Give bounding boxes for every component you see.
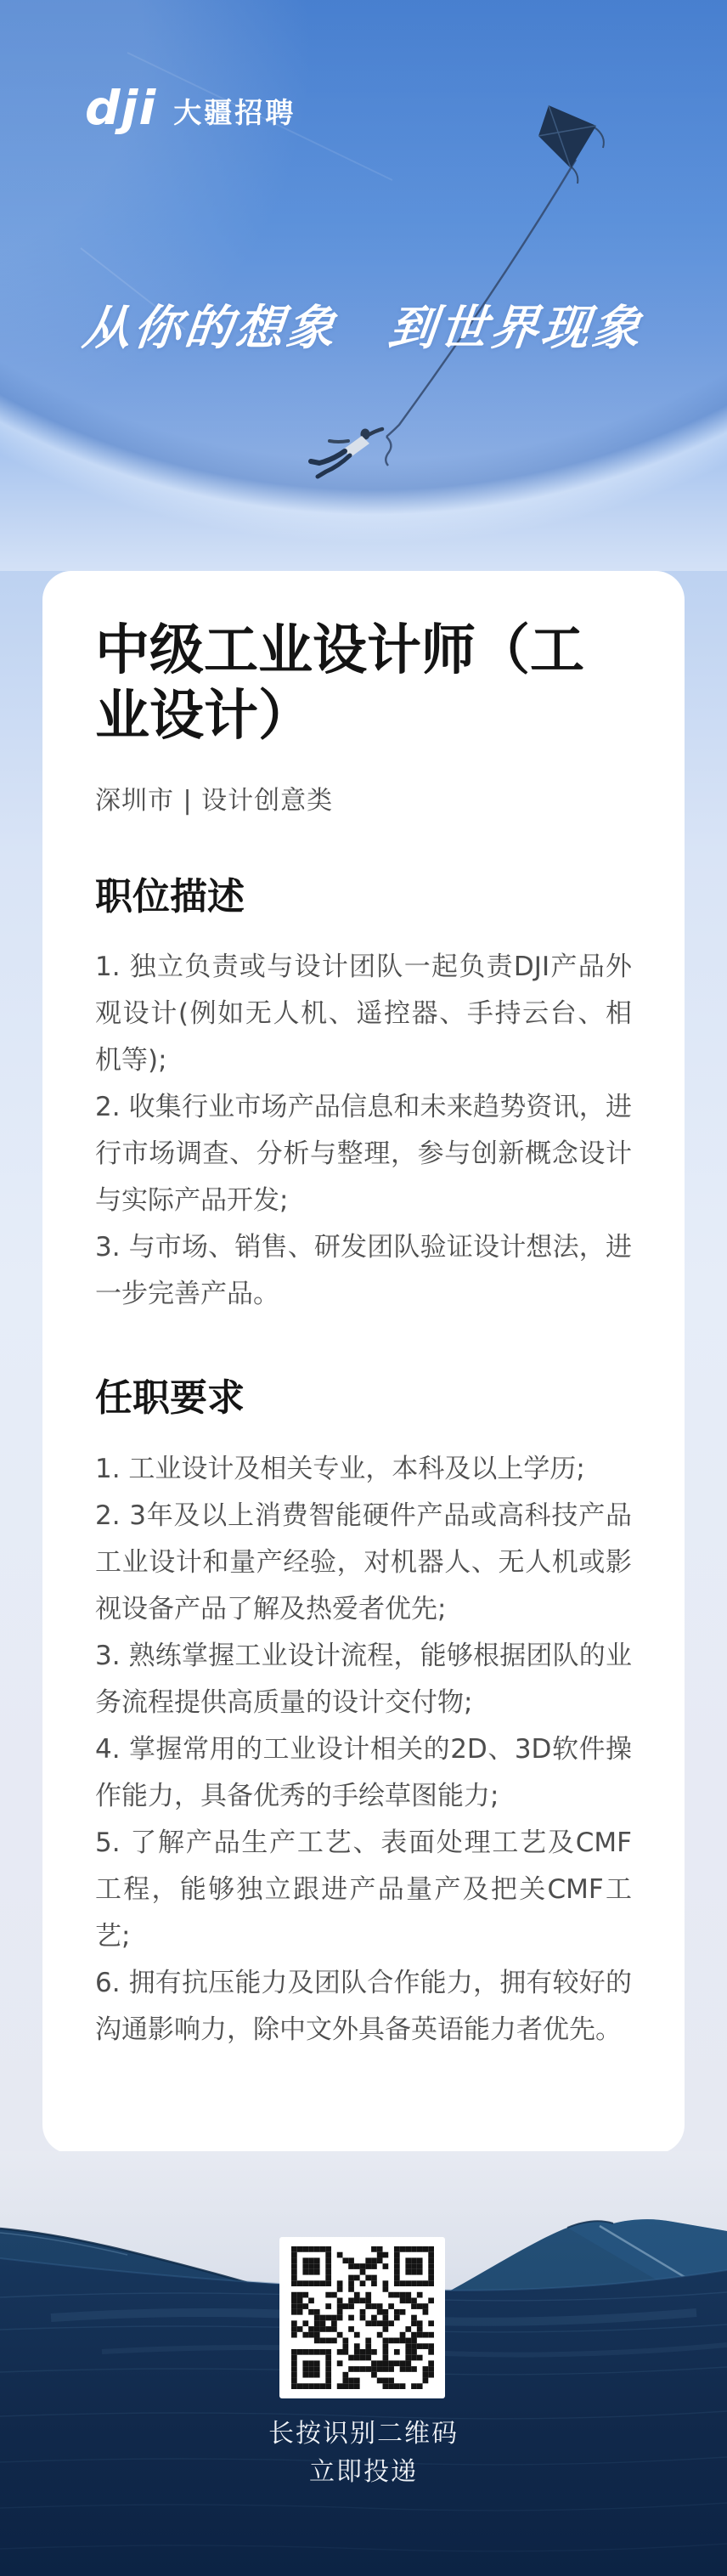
qr-code[interactable] — [279, 2237, 445, 2398]
brand-header: dji 大疆招聘 — [85, 83, 296, 133]
section-heading: 任职要求 — [95, 1377, 632, 1421]
hero-tagline: 从你的想象 到世界现象 — [0, 291, 727, 359]
section-heading: 职位描述 — [95, 876, 632, 919]
job-meta: 深圳市 | 设计创意类 — [95, 779, 632, 816]
qr-caption-line1: 长按识别二维码 — [0, 2421, 727, 2447]
job-item: 3. 熟练掌握工业设计流程，能够根据团队的业务流程提供高质量的设计交付物; — [95, 1633, 632, 1726]
job-sections: 职位描述1. 独立负责或与设计团队一起负责DJI产品外观设计(例如无人机、遥控器… — [95, 876, 632, 2053]
job-card: 中级工业设计师（工业设计） 深圳市 | 设计创意类 职位描述1. 独立负责或与设… — [42, 571, 685, 2154]
job-item: 6. 拥有抗压能力及团队合作能力，拥有较好的沟通影响力，除中文外具备英语能力者优… — [95, 1960, 632, 2053]
job-item: 1. 工业设计及相关专业，本科及以上学历; — [95, 1446, 632, 1493]
job-item: 3. 与市场、销售、研发团队验证设计想法，进一步完善产品。 — [95, 1224, 632, 1318]
qr-code-pattern — [291, 2246, 434, 2389]
section-body: 1. 工业设计及相关专业，本科及以上学历;2. 3年及以上消费智能硬件产品或高科… — [95, 1446, 632, 2053]
job-item: 2. 收集行业市场产品信息和未来趋势资讯，进行市场调查、分析与整理，参与创新概念… — [95, 1084, 632, 1224]
job-item: 2. 3年及以上消费智能硬件产品或高科技产品工业设计和量产经验，对机器人、无人机… — [95, 1493, 632, 1633]
job-title: 中级工业设计师（工业设计） — [95, 619, 632, 750]
job-item: 5. 了解产品生产工艺、表面处理工艺及CMF工程，能够独立跟进产品量产及把关CM… — [95, 1820, 632, 1960]
section-body: 1. 独立负责或与设计团队一起负责DJI产品外观设计(例如无人机、遥控器、手持云… — [95, 944, 632, 1318]
brand-name-text: 大疆招聘 — [173, 91, 296, 131]
dji-logo: dji — [85, 84, 156, 132]
job-item: 1. 独立负责或与设计团队一起负责DJI产品外观设计(例如无人机、遥控器、手持云… — [95, 944, 632, 1084]
job-item: 4. 掌握常用的工业设计相关的2D、3D软件操作能力，具备优秀的手绘草图能力; — [95, 1726, 632, 1820]
footer-scene: 长按识别二维码 立即投递 — [0, 2151, 727, 2576]
qr-caption-line2: 立即投递 — [0, 2460, 727, 2485]
recruitment-poster-page: dji 大疆招聘 从你的想象 到世界现象 中级工业设计师（工业设计） 深圳市 |… — [0, 0, 727, 2576]
